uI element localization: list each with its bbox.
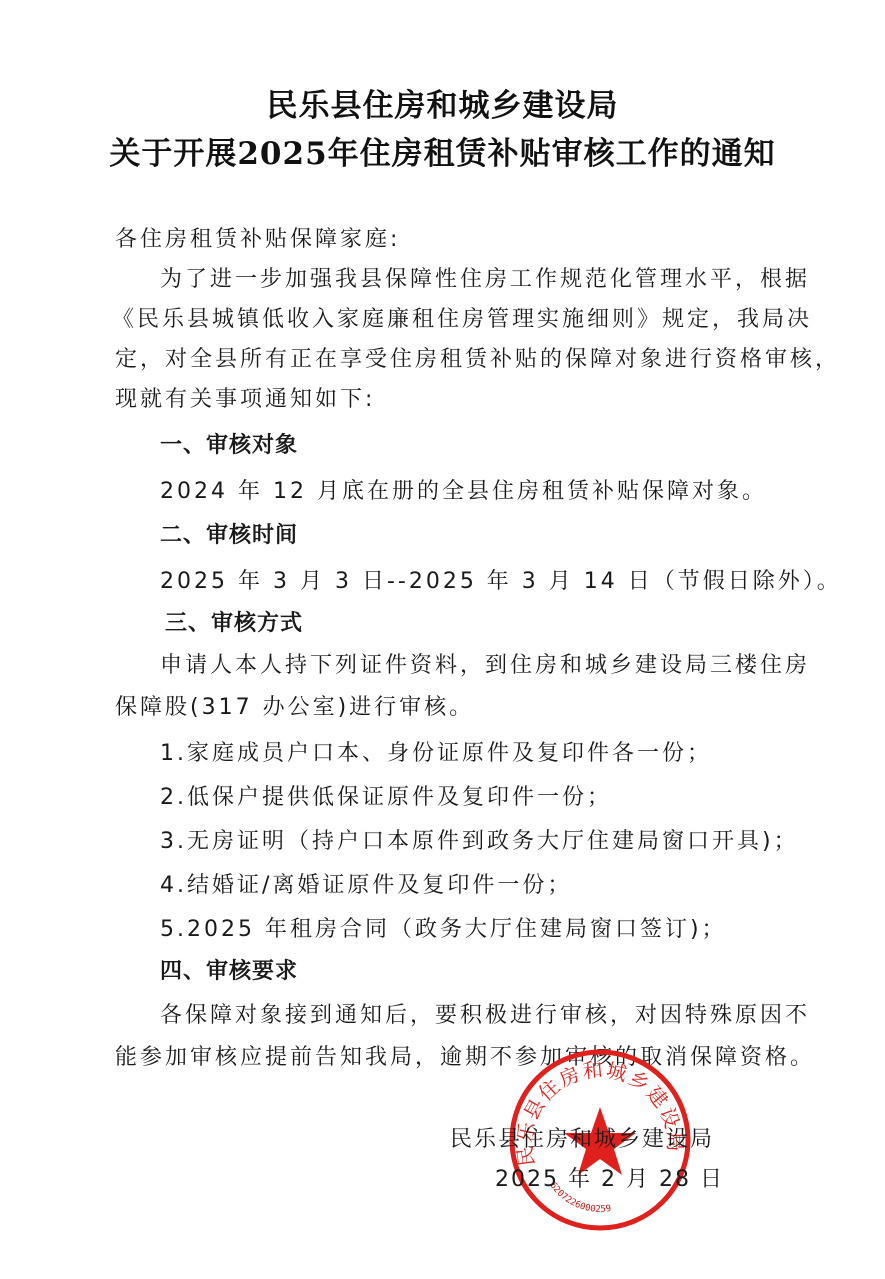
section-heading-3: 三、审核方式 xyxy=(165,606,303,637)
section-4-line-2: 能参加审核应提前告知我局，逾期不参加审核的取消保障资格。 xyxy=(115,1040,815,1071)
salutation: 各住房租赁补贴保障家庭: xyxy=(115,222,400,253)
document-page: 民乐县住房和城乡建设局 关于开展2025年住房租赁补贴审核工作的通知 各住房租赁… xyxy=(0,0,885,1279)
requirement-item-4: 4.结婚证/离婚证原件及复印件一份； xyxy=(160,868,572,899)
section-4-line-1: 各保障对象接到通知后，要积极进行审核，对因特殊原因不 xyxy=(160,998,810,1029)
requirement-item-2: 2.低保户提供低保证原件及复印件一份； xyxy=(160,780,612,811)
section-3-line-2: 保障股(317 办公室)进行审核。 xyxy=(115,690,474,721)
document-title-line1: 民乐县住房和城乡建设局 xyxy=(0,80,885,125)
signature-date: 2025 年 2 月 28 日 xyxy=(495,1162,724,1193)
intro-line-3: 定，对全县所有正在享受住房租赁补贴的保障对象进行资格审核， xyxy=(115,342,840,373)
section-2-line-1: 2025 年 3 月 3 日--2025 年 3 月 14 日（节假日除外）。 xyxy=(160,564,842,595)
requirement-item-5: 5.2025 年租房合同（政务大厅住建局窗口签订)； xyxy=(160,912,727,943)
section-heading-2: 二、审核时间 xyxy=(160,518,298,549)
intro-line-1: 为了进一步加强我县保障性住房工作规范化管理水平，根据 xyxy=(160,262,810,293)
intro-line-4: 现就有关事项通知如下: xyxy=(115,382,375,413)
document-title-line2: 关于开展2025年住房租赁补贴审核工作的通知 xyxy=(0,128,885,173)
signature-org: 民乐县住房和城乡建设局 xyxy=(450,1122,714,1153)
section-1-line-1: 2024 年 12 月底在册的全县住房租赁补贴保障对象。 xyxy=(160,474,767,505)
section-3-line-1: 申请人本人持下列证件资料，到住房和城乡建设局三楼住房 xyxy=(160,648,810,679)
requirement-item-3: 3.无房证明（持户口本原件到政务大厅住建局窗口开具)； xyxy=(160,824,799,855)
requirement-item-1: 1.家庭成员户口本、身份证原件及复印件各一份； xyxy=(160,736,712,767)
section-heading-4: 四、审核要求 xyxy=(160,954,298,985)
intro-line-2: 《民乐县城镇低收入家庭廉租住房管理实施细则》规定，我局决 xyxy=(112,302,812,333)
section-heading-1: 一、审核对象 xyxy=(160,428,298,459)
